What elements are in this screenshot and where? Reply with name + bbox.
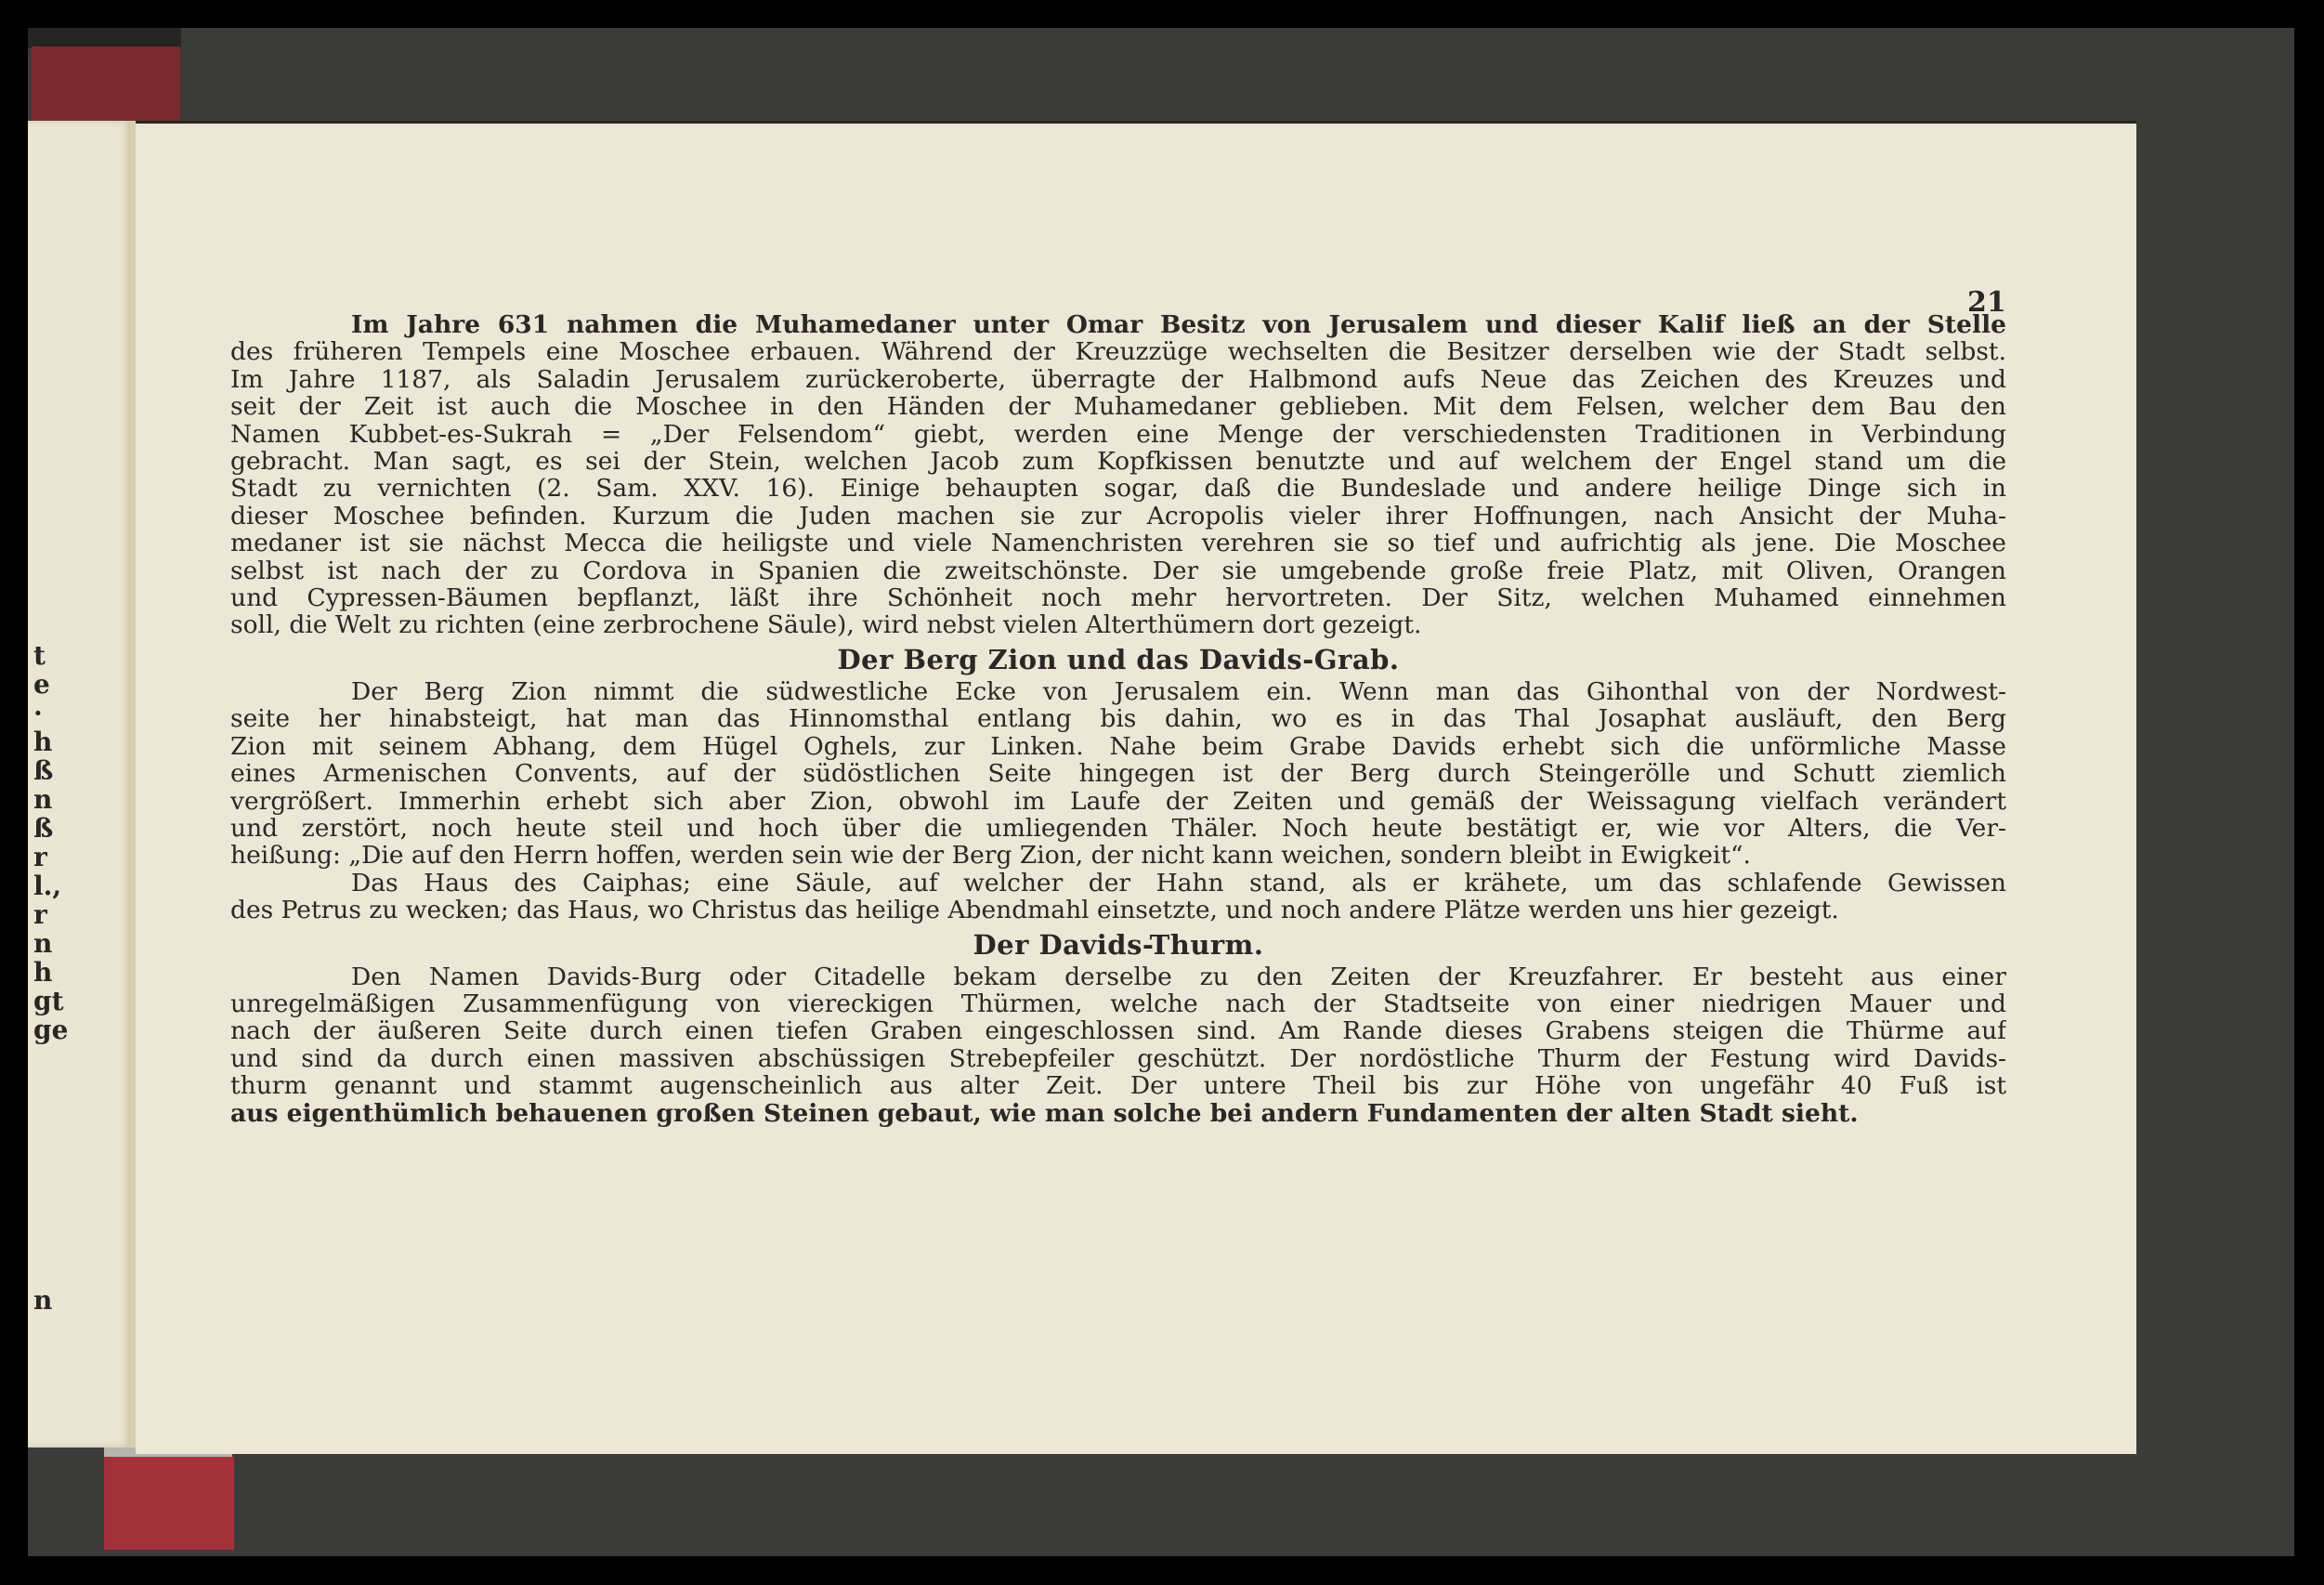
text-line: dieser Moschee befinden. Kurzum die Jude… [230,503,2006,530]
text-line: seite her hinabsteigt, hat man das Hinno… [230,705,2006,732]
text-line: des Petrus zu wecken; das Haus, wo Chris… [230,897,2006,923]
text-line: gebracht. Man sagt, es sei der Stein, we… [230,448,2006,475]
section-heading-berg-zion: Der Berg Zion und das Davids-Grab. [230,645,2006,675]
text-line: selbst ist nach der zu Cordova in Spanie… [230,557,2006,584]
text-line: Im Jahre 1187, als Saladin Jerusalem zur… [230,366,2006,393]
section-heading-davids-thurm: Der Davids-Thurm. [230,930,2006,960]
text-line: vergrößert. Immerhin erhebt sich aber Zi… [230,788,2006,815]
fragment: h [33,727,58,756]
text-line: Stadt zu vernichten (2. Sam. XXV. 16). E… [230,475,2006,502]
text-line: Den Namen Davids-Burg oder Citadelle bek… [230,963,2006,990]
fragment: ß [33,814,58,843]
fragment: h [33,958,58,987]
text-line: und sind da durch einen massiven abschüs… [230,1045,2006,1072]
fragment: l., [33,871,58,900]
fragment: · [33,699,58,727]
text-line: aus eigenthümlich behauenen großen Stein… [230,1100,2006,1127]
fragment: n [33,1286,58,1315]
text-line: nach der äußeren Seite durch einen tiefe… [230,1017,2006,1044]
fragment-gap [33,1044,58,1286]
fragment: ge [33,1015,58,1044]
text-line: Das Haus des Caiphas; eine Säule, auf we… [230,870,2006,897]
fragment: r [33,900,58,929]
paragraph-haus-caiphas: Das Haus des Caiphas; eine Säule, auf we… [230,870,2006,924]
text-line: heißung: „Die auf den Herrn hoffen, werd… [230,842,2006,869]
text-line: Im Jahre 631 nahmen die Muhamedaner unte… [230,311,2006,338]
fragment: e [33,670,58,699]
paragraph-davids-thurm: Den Namen Davids-Burg oder Citadelle bek… [230,963,2006,1127]
text-line: und Cypressen-Bäumen bepflanzt, läßt ihr… [230,584,2006,611]
fragment: n [33,785,58,814]
text-line: eines Armenischen Convents, auf der südö… [230,760,2006,787]
red-headband-top [32,46,180,121]
fragment: t [33,641,58,670]
page-body: Im Jahre 631 nahmen die Muhamedaner unte… [230,311,2006,1127]
text-line: seit der Zeit ist auch die Moschee in de… [230,393,2006,420]
book-spine-top [28,28,181,48]
text-line: und zerstört, noch heute steil und hoch … [230,815,2006,842]
paragraph-berg-zion: Der Berg Zion nimmt die südwestliche Eck… [230,678,2006,870]
red-headband-bottom [104,1457,234,1550]
left-page-text-fragments: t e · h ß n ß r l., r n h gt ge n [33,641,58,1315]
text-line: thurm genannt und stammt augenscheinlich… [230,1072,2006,1099]
text-line: Zion mit seinem Abhang, dem Hügel Oghels… [230,733,2006,760]
text-line: Der Berg Zion nimmt die südwestliche Eck… [230,678,2006,705]
fragment: r [33,843,58,871]
text-line: des früheren Tempels eine Moschee erbaue… [230,338,2006,365]
text-line: Namen Kubbet-es-Sukrah = „Der Felsendom“… [230,421,2006,448]
text-line: medaner ist sie nächst Mecca die heiligs… [230,530,2006,557]
text-line: soll, die Welt zu richten (eine zerbroch… [230,611,2006,638]
fragment: ß [33,756,58,785]
paragraph-dome-of-the-rock: Im Jahre 631 nahmen die Muhamedaner unte… [230,311,2006,639]
fragment: gt [33,987,58,1015]
fragment: n [33,929,58,958]
text-line: unregelmäßigen Zusammenfügung von vierec… [230,990,2006,1017]
